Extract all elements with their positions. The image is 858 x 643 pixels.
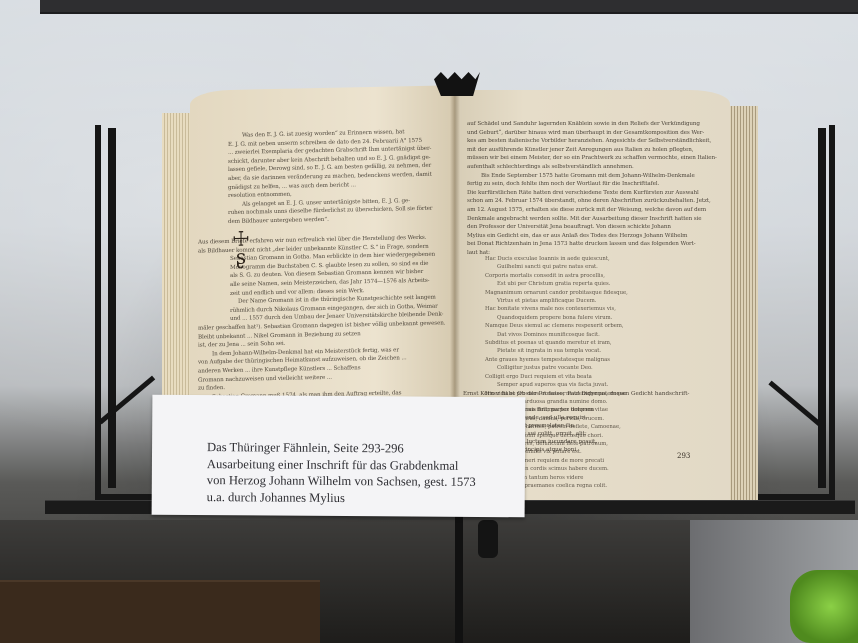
stand-pole [455, 512, 463, 643]
page-number: 293 [677, 452, 690, 460]
stand-knob-icon [478, 520, 498, 558]
stand-bar-left [108, 128, 116, 488]
label-line-author: u.a. durch Johannes Mylius [207, 489, 476, 507]
stand-bar-right [818, 128, 826, 488]
exhibit-label-card: Das Thüringer Fähnlein, Seite 293-296 Au… [152, 395, 526, 518]
label-line-title: Das Thüringer Fähnlein, Seite 293-296 [207, 439, 476, 457]
right-page-text: auf Schädel und Sanduhr lagernden Knäble… [467, 120, 717, 258]
left-page-text: Was den E. J. G. ist zuesig worden“ zu E… [228, 127, 450, 226]
label-text: Das Thüringer Fähnlein, Seite 293-296 Au… [207, 439, 476, 507]
green-plant [790, 570, 858, 643]
overhead-frame [40, 0, 858, 14]
wooden-chest [0, 580, 320, 643]
label-line-subject: von Herzog Johann Wilhelm von Sachsen, g… [207, 472, 476, 490]
photo-scene: Was den E. J. G. ist zuesig worden“ zu E… [0, 0, 858, 643]
label-line-description: Ausarbeitung einer Inschrift für das Gra… [207, 456, 476, 474]
